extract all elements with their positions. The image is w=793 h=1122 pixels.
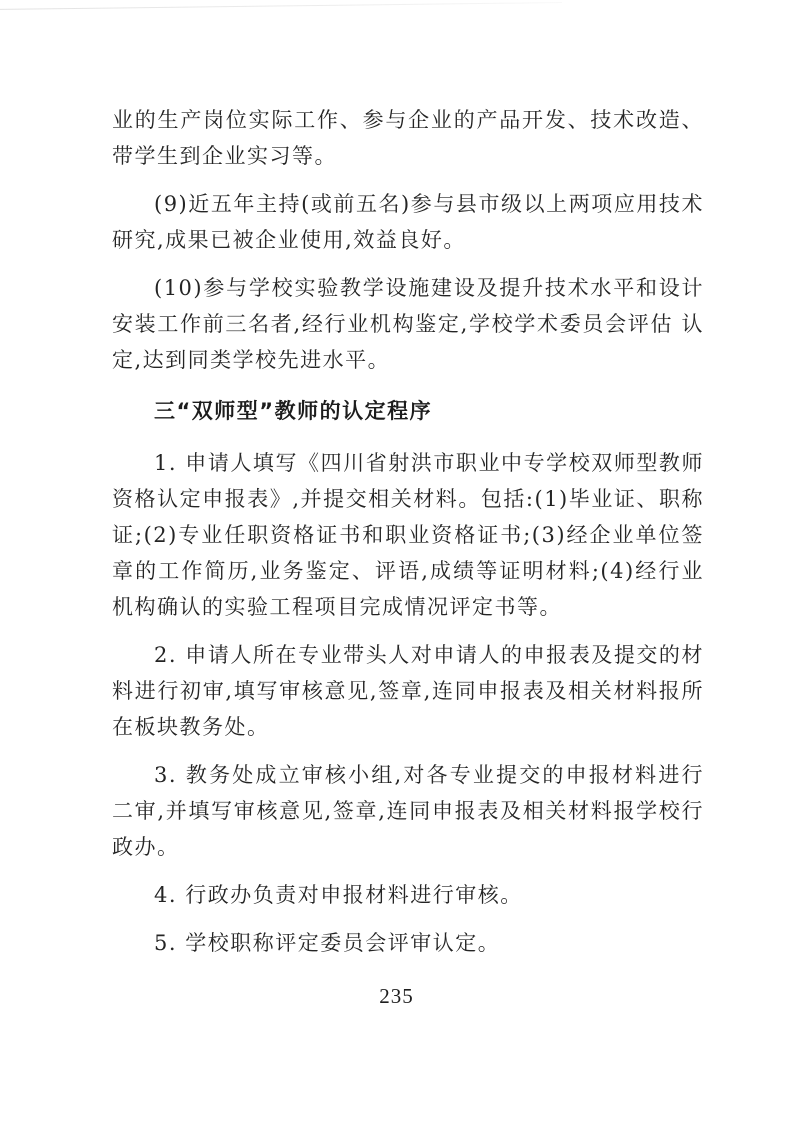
paragraph-step-1: 1. 申请人填写《四川省射洪市职业中专学校双师型教师资格认定申报表》,并提交相关…	[112, 445, 704, 625]
document-content: 业的生产岗位实际工作、参与企业的产品开发、技术改造、带学生到企业实习等。 (9)…	[112, 102, 704, 961]
paragraph-step-5: 5. 学校职称评定委员会评审认定。	[112, 925, 704, 961]
paragraph-step-2: 2. 申请人所在专业带头人对申请人的申报表及提交的材料进行初审,填写审核意见,签…	[112, 637, 704, 745]
page-number: 235	[0, 984, 793, 1009]
section-heading: 三“双师型”教师的认定程序	[112, 393, 704, 429]
paragraph-step-3: 3. 教务处成立审核小组,对各专业提交的申报材料进行二审,并填写审核意见,签章,…	[112, 757, 704, 865]
paragraph-item-10: (10)参与学校实验教学设施建设及提升技术水平和设计 安装工作前三名者,经行业机…	[112, 270, 704, 378]
paragraph-item-9: (9)近五年主持(或前五名)参与县市级以上两项应用技术研究,成果已被企业使用,效…	[112, 186, 704, 258]
paragraph-continuation: 业的生产岗位实际工作、参与企业的产品开发、技术改造、带学生到企业实习等。	[112, 102, 704, 174]
document-page: 业的生产岗位实际工作、参与企业的产品开发、技术改造、带学生到企业实习等。 (9)…	[0, 0, 793, 1122]
scan-edge-artifact	[0, 2, 562, 10]
paragraph-step-4: 4. 行政办负责对申报材料进行审核。	[112, 877, 704, 913]
